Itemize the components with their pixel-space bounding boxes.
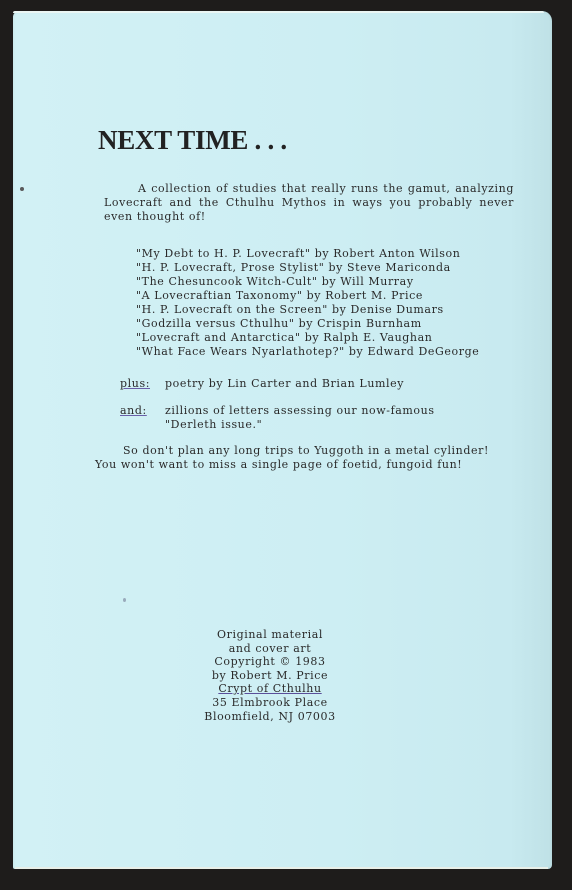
article-item: "What Face Wears Nyarlathotep?" by Edwar… [136,345,479,359]
paper-speck [123,598,126,602]
page-bottom-edge [15,867,548,869]
and-line-1: zillions of letters assessing our now-fa… [165,404,435,417]
author-line: by Robert M. Price [190,669,350,683]
article-list: "My Debt to H. P. Lovecraft" by Robert A… [136,247,479,359]
article-item: "H. P. Lovecraft, Prose Stylist" by Stev… [136,261,479,275]
colophon: Original material and cover art Copyrigh… [190,628,350,723]
and-label: and: [120,404,165,418]
article-item: "Lovecraft and Antarctica" by Ralph E. V… [136,331,479,345]
plus-label: plus: [120,377,165,391]
address-city: Bloomfield, NJ 07003 [190,710,350,724]
page-top-edge [13,11,544,13]
publication-title: Crypt of Cthulhu [190,682,350,696]
colophon-line: and cover art [190,642,350,656]
plus-row: plus:poetry by Lin Carter and Brian Luml… [120,377,404,391]
page-heading: NEXT TIME . . . [98,125,287,156]
article-item: "Godzilla versus Cthulhu" by Crispin Bur… [136,317,479,331]
closing-line-2: You won't want to miss a single page of … [95,458,489,472]
article-item: "H. P. Lovecraft on the Screen" by Denis… [136,303,479,317]
and-line-2: "Derleth issue." [165,418,262,431]
copyright-line: Copyright © 1983 [190,655,350,669]
closing-line-1: So don't plan any long trips to Yuggoth … [95,444,489,458]
and-text: zillions of letters assessing our now-fa… [165,404,435,432]
paper-speck [20,187,24,191]
article-item: "The Chesuncook Witch-Cult" by Will Murr… [136,275,479,289]
intro-text: A collection of studies that really runs… [104,182,514,223]
intro-paragraph: A collection of studies that really runs… [104,182,514,224]
plus-text: poetry by Lin Carter and Brian Lumley [165,377,404,391]
closing-paragraph: So don't plan any long trips to Yuggoth … [95,444,489,472]
address-street: 35 Elmbrook Place [190,696,350,710]
article-item: "My Debt to H. P. Lovecraft" by Robert A… [136,247,479,261]
article-item: "A Lovecraftian Taxonomy" by Robert M. P… [136,289,479,303]
colophon-line: Original material [190,628,350,642]
and-row: and:zillions of letters assessing our no… [120,404,435,432]
